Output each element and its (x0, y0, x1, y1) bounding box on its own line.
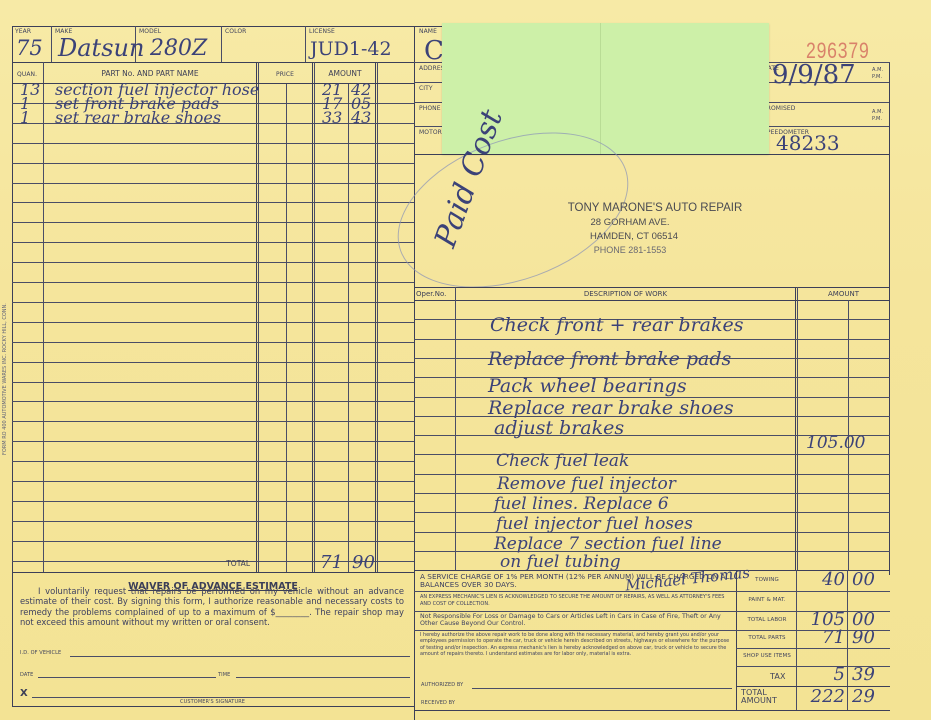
work-amount-header: AMOUNT (798, 290, 889, 298)
shop-city: HAMDEN, CT 06514 (530, 231, 738, 242)
form-publisher-print: FORM RO 400 AUTOMOTIVE WARES INC. ROCKY … (2, 303, 8, 455)
part-amount-dollars: 33 (322, 108, 342, 127)
parts-row-divider (12, 262, 414, 263)
order-date: 9/9/87 (772, 60, 856, 90)
liability-notice: Not Responsible For Loss or Damage to Ca… (420, 613, 734, 628)
date-pm: P.M. (872, 74, 882, 80)
authorized-by-field[interactable] (472, 688, 732, 689)
lien-notice: AN EXPRESS MECHANIC'S LIEN IS ACKNOWLEDG… (420, 594, 734, 607)
work-description-line: adjust brakes (494, 417, 624, 439)
parts-row-divider (12, 222, 414, 223)
parts-row-divider (12, 401, 414, 402)
description-header: DESCRIPTION OF WORK (456, 290, 795, 298)
waiver-date-label: DATE (20, 672, 33, 678)
vehicle-id-field[interactable] (70, 656, 410, 657)
parts-row-divider (12, 202, 414, 203)
parts-row-divider (12, 163, 414, 164)
part-amount-cents: 43 (351, 108, 371, 127)
name-label: NAME (419, 28, 437, 35)
color-label: COLOR (225, 28, 246, 35)
totals-cents: 00 (852, 569, 875, 590)
promised-pm: P.M. (872, 116, 882, 122)
labor-amount: 105.00 (806, 433, 865, 453)
customer-signature-field[interactable] (32, 697, 410, 698)
phone-label: PHONE (419, 105, 441, 112)
work-description-line: fuel lines. Replace 6 (494, 494, 669, 514)
parts-row-divider (12, 481, 414, 482)
customer-signature-label: CUSTOMER'S SIGNATURE (180, 699, 245, 705)
quantity-header: QUAN. (17, 71, 37, 78)
work-description-line: Pack wheel bearings (488, 375, 687, 397)
authorized-by-label: AUTHORIZED BY (421, 682, 463, 688)
parts-total-cents: 90 (352, 552, 375, 573)
work-description-line: Check fuel leak (496, 451, 629, 471)
vehicle-license: JUD1-42 (310, 38, 392, 60)
date-am: A.M. (872, 67, 883, 73)
parts-row-divider (12, 183, 414, 184)
authorization-notice: I hereby authorize the above repair work… (420, 632, 734, 657)
parts-row-divider (12, 501, 414, 502)
totals-row-divider (736, 648, 890, 649)
totals-dollars: 40 (805, 569, 845, 590)
year-label: YEAR (15, 28, 31, 35)
parts-row-divider (12, 521, 414, 522)
totals-dollars: 5 (805, 664, 845, 685)
vehicle-id-label: I.D. OF VEHICLE (20, 650, 61, 656)
parts-row-divider (12, 143, 414, 144)
work-row-divider (414, 339, 890, 340)
price-header: PRICE (276, 71, 294, 78)
parts-row-divider (12, 362, 414, 363)
received-by-label: RECEIVED BY (421, 700, 455, 706)
waiver-time-label: TIME (218, 672, 230, 678)
city-label: CITY (419, 85, 433, 92)
work-description-line: Replace 7 section fuel line (494, 534, 722, 554)
work-description-line: Remove fuel injector (497, 474, 676, 494)
totals-cents: 29 (852, 686, 875, 707)
vehicle-model: 280Z (150, 36, 207, 61)
motor-label: MOTOR (419, 129, 442, 136)
oper-no-header: Oper.No. (416, 290, 446, 298)
totals-label: TOTAL PARTS (741, 635, 793, 641)
license-label: LICENSE (309, 28, 335, 35)
order-number: 296379 (806, 38, 870, 64)
parts-row-divider (12, 342, 414, 343)
parts-row-divider (12, 302, 414, 303)
totals-dollars: 222 (805, 686, 845, 707)
parts-total-dollars: 71 (320, 552, 343, 573)
shop-name: TONY MARONE'S AUTO REPAIR (530, 202, 780, 214)
totals-label: TOTAL AMOUNT (741, 689, 791, 706)
work-description-line: Replace rear brake shoes (488, 397, 734, 419)
part-name-header: PART No. AND PART NAME (45, 69, 255, 78)
totals-dollars: 71 (805, 627, 845, 648)
waiver-time-field[interactable] (236, 677, 410, 678)
part-name: set rear brake shoes (55, 108, 221, 127)
totals-label: TOWING (741, 577, 793, 583)
work-description-line: Check front + rear brakes (490, 314, 744, 336)
totals-cents: 39 (852, 664, 875, 685)
amount-header: AMOUNT (315, 69, 375, 78)
vehicle-year: 75 (16, 36, 43, 60)
parts-row-divider (12, 461, 414, 462)
work-row-divider (414, 454, 890, 455)
totals-row-divider (736, 591, 890, 592)
technician-signature: Michael Thomas (624, 564, 750, 595)
parts-row-divider (12, 282, 414, 283)
parts-row-divider (12, 242, 414, 243)
totals-label: TOTAL LABOR (741, 617, 793, 623)
totals-cents: 90 (852, 627, 875, 648)
shop-phone: PHONE 281-1553 (530, 245, 730, 255)
waiver-date-field[interactable] (38, 677, 216, 678)
speedometer-reading: 48233 (776, 131, 840, 155)
work-description-line: fuel injector fuel hoses (496, 514, 693, 534)
totals-label: PAINT & MAT. (741, 597, 793, 603)
parts-row-divider (12, 382, 414, 383)
totals-label: SHOP USE ITEMS (741, 653, 793, 659)
promised-am: A.M. (872, 109, 883, 115)
part-quantity: 1 (20, 108, 30, 127)
customer-name-partial: C (424, 36, 444, 66)
parts-row-divider (12, 541, 414, 542)
parts-row-divider (12, 421, 414, 422)
signature-mark: X (20, 688, 28, 699)
shop-address: 28 GORHAM AVE. (530, 217, 730, 228)
waiver-body: I voluntarily request that repairs be pe… (20, 586, 404, 627)
parts-row-divider (12, 322, 414, 323)
work-description-line: on fuel tubing (500, 552, 621, 572)
parts-row-divider (12, 441, 414, 442)
vehicle-make: Datsun (58, 34, 144, 62)
parts-total-label: TOTAL (200, 559, 250, 568)
work-description-line: Replace front brake pads (488, 348, 731, 370)
repair-order-form: FORM RO 400 AUTOMOTIVE WARES INC. ROCKY … (0, 0, 931, 720)
